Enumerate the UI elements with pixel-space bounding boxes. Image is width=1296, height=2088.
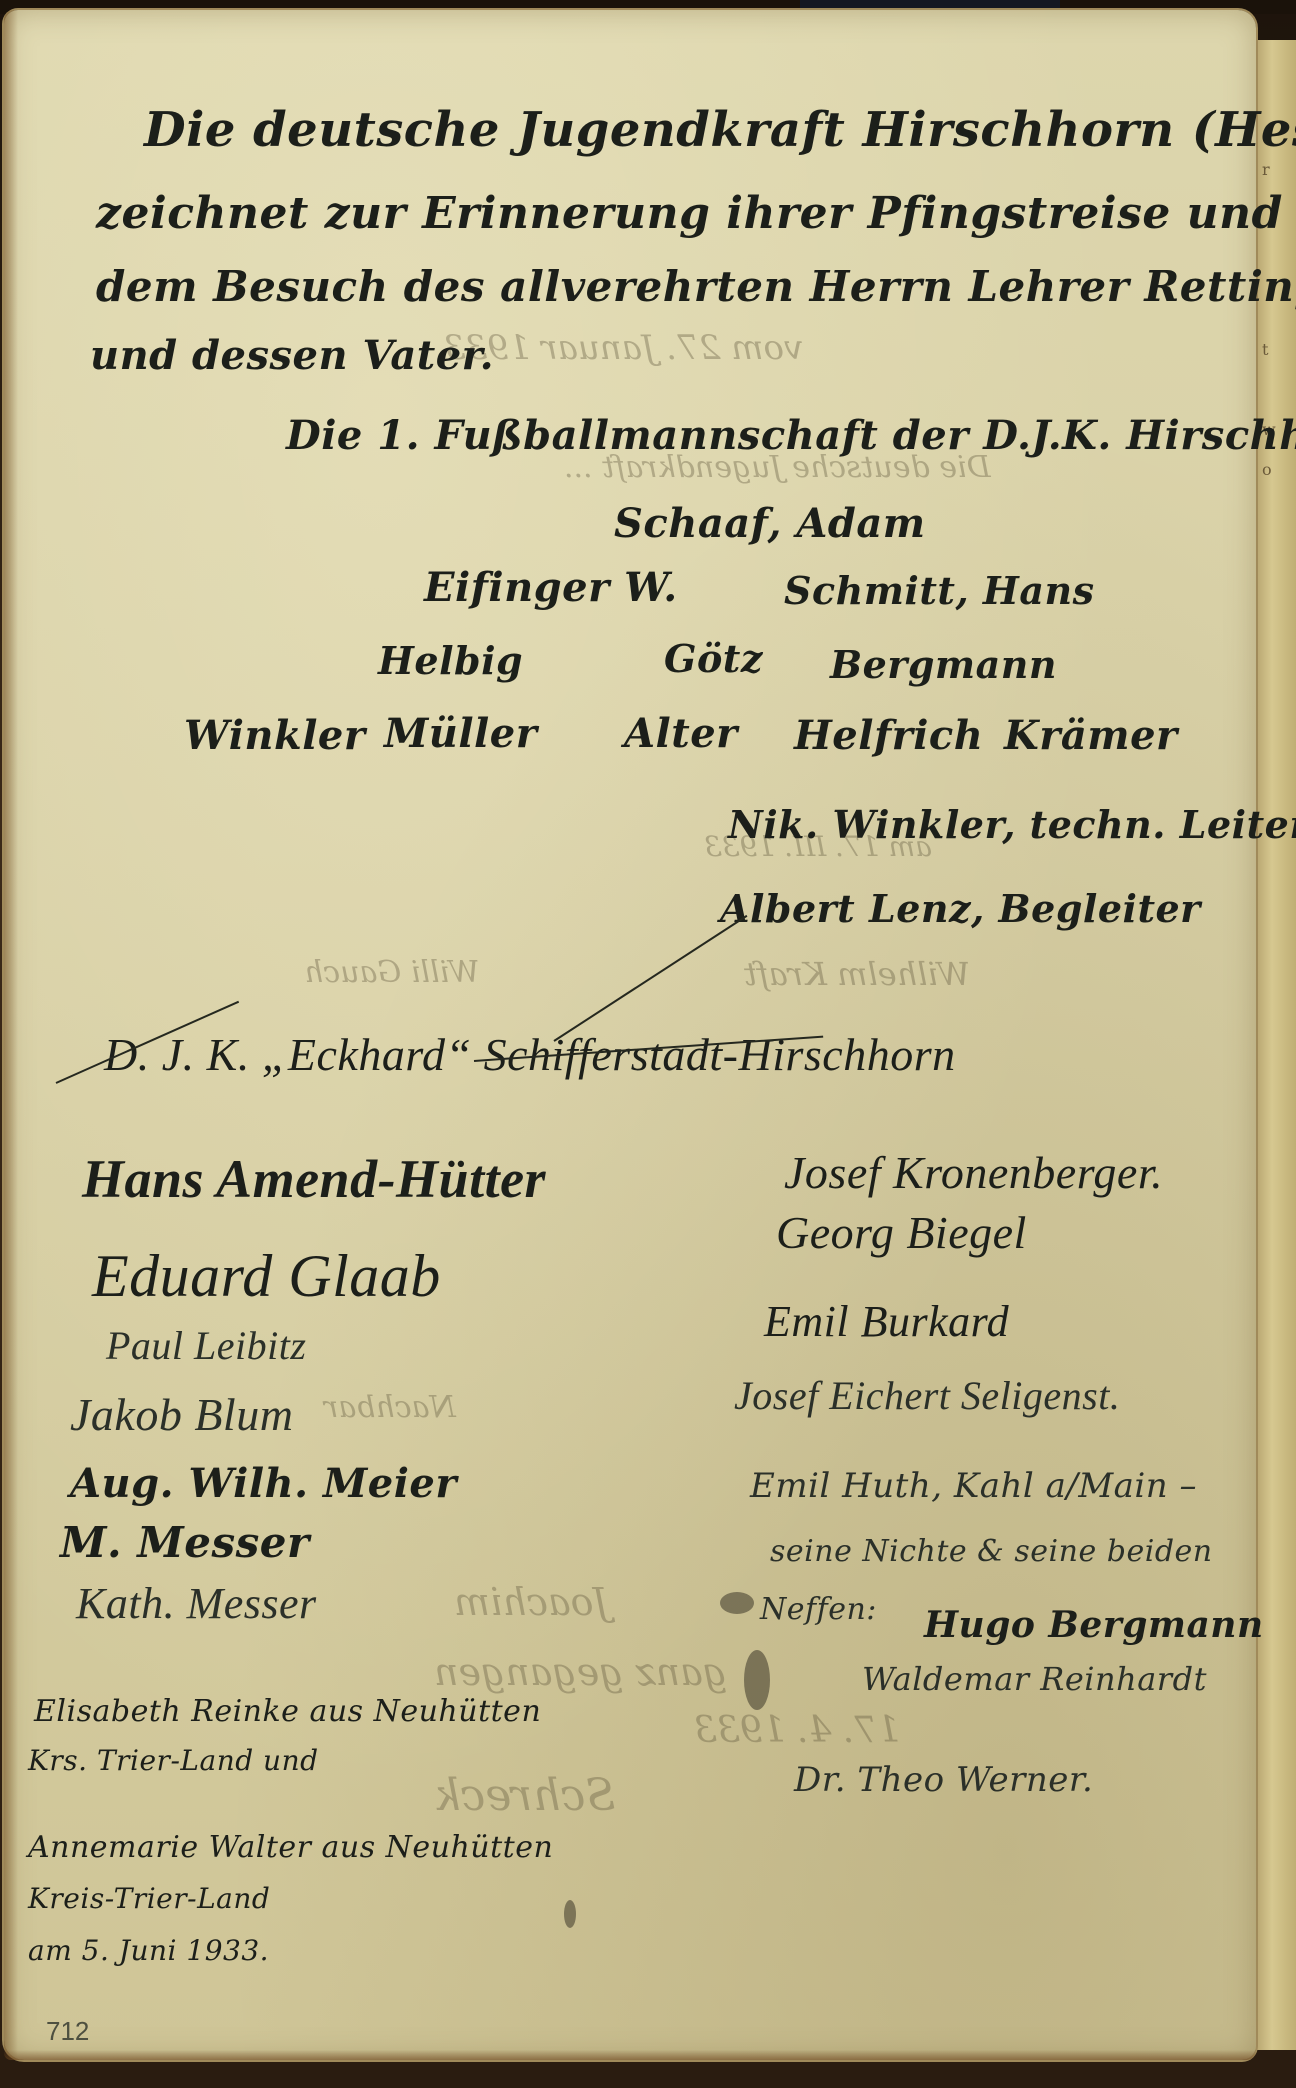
signature-note: Neffen: bbox=[760, 1592, 877, 1627]
visitor-line: Kreis-Trier-Land bbox=[28, 1882, 270, 1915]
ink-blot bbox=[720, 1592, 754, 1614]
bleed-through-text: Schreck bbox=[434, 1770, 616, 1821]
signature: Josef Eichert Seligenst. bbox=[734, 1372, 1120, 1419]
signature: Waldemar Reinhardt bbox=[862, 1660, 1207, 1698]
signature: Jakob Blum bbox=[70, 1388, 293, 1441]
player-name: Helbig bbox=[378, 638, 523, 683]
signature: Josef Kronenberger. bbox=[784, 1146, 1163, 1199]
player-name: Müller bbox=[384, 710, 537, 757]
scanned-book-scene: r t w o vom 27. Januar 1933 Die deutsche… bbox=[0, 0, 1296, 2088]
adjacent-page-edge: r t w o bbox=[1254, 40, 1296, 2050]
bleed-through-text: vom 27. Januar 1933 bbox=[444, 328, 803, 368]
guestbook-page: vom 27. Januar 1933 Die deutsche Jugendk… bbox=[4, 10, 1256, 2060]
player-name: Krämer bbox=[1004, 712, 1178, 759]
dedication-line: zeichnet zur Erinnerung ihrer Pfingstrei… bbox=[96, 188, 1283, 239]
dedication-line: Die deutsche Jugendkraft Hirschhorn (Hes… bbox=[144, 102, 1296, 158]
bleed-through-text: Willi Gauch bbox=[304, 955, 480, 990]
signature: Kath. Messer bbox=[76, 1578, 317, 1629]
signature: Hans Amend-Hütter bbox=[82, 1148, 546, 1210]
player-name: Winkler bbox=[184, 712, 365, 759]
ink-blot bbox=[564, 1900, 576, 1928]
bleed-through-text: 17. 4. 1933 bbox=[694, 1710, 900, 1751]
bleed-through-text: Wilhelm Kraft bbox=[744, 955, 970, 993]
player-name: Alter bbox=[624, 710, 738, 757]
team-heading: Die 1. Fußballmannschaft der D.J.K. Hirs… bbox=[286, 412, 1296, 459]
bleed-through-text: Joachim bbox=[454, 1580, 609, 1624]
signature: Eduard Glaab bbox=[92, 1242, 441, 1311]
signature: Emil Huth, Kahl a/Main – bbox=[750, 1466, 1197, 1506]
signature: Paul Leibitz bbox=[106, 1322, 306, 1369]
pen-stroke bbox=[553, 915, 747, 1042]
signature: Aug. Wilh. Meier bbox=[70, 1460, 457, 1507]
bleed-through-text: Nachbar bbox=[324, 1390, 456, 1425]
player-name: Schaaf, Adam bbox=[614, 500, 926, 547]
leader-signature: Albert Lenz, Begleiter bbox=[720, 886, 1201, 931]
player-name: Schmitt, Hans bbox=[784, 568, 1094, 613]
adjacent-page-letter: o bbox=[1262, 460, 1272, 479]
player-name: Eifinger W. bbox=[424, 564, 678, 611]
signature: Georg Biegel bbox=[776, 1206, 1027, 1259]
adjacent-page-letter: t bbox=[1262, 340, 1268, 359]
visitor-date: am 5. Juni 1933. bbox=[28, 1934, 269, 1967]
leader-signature: Nik. Winkler, techn. Leiter bbox=[728, 802, 1296, 847]
player-name: Götz bbox=[664, 636, 763, 681]
visitor-line: Annemarie Walter aus Neuhütten bbox=[28, 1830, 553, 1865]
player-name: Bergmann bbox=[830, 642, 1057, 687]
dedication-line: dem Besuch des allverehrten Herrn Lehrer… bbox=[96, 262, 1296, 311]
player-name: Helfrich bbox=[794, 712, 983, 759]
ink-blot bbox=[744, 1650, 770, 1710]
visitor-line: Elisabeth Reinke aus Neuhütten bbox=[34, 1694, 541, 1729]
signature: Emil Burkard bbox=[764, 1296, 1009, 1347]
visitor-line: Krs. Trier-Land und bbox=[28, 1744, 319, 1777]
signature: Dr. Theo Werner. bbox=[794, 1760, 1093, 1800]
bleed-through-text: ganz gegangen bbox=[434, 1650, 727, 1694]
page-number: 712 bbox=[46, 2016, 89, 2047]
adjacent-page-letter: r bbox=[1262, 160, 1270, 179]
club-line: D. J. K. „Eckhard“ Schifferstadt-Hirschh… bbox=[104, 1028, 956, 1081]
signature: M. Messer bbox=[60, 1518, 310, 1567]
dedication-line: und dessen Vater. bbox=[90, 332, 494, 379]
signature-note: seine Nichte & seine beiden bbox=[770, 1534, 1213, 1569]
signature: Hugo Bergmann bbox=[924, 1604, 1264, 1646]
